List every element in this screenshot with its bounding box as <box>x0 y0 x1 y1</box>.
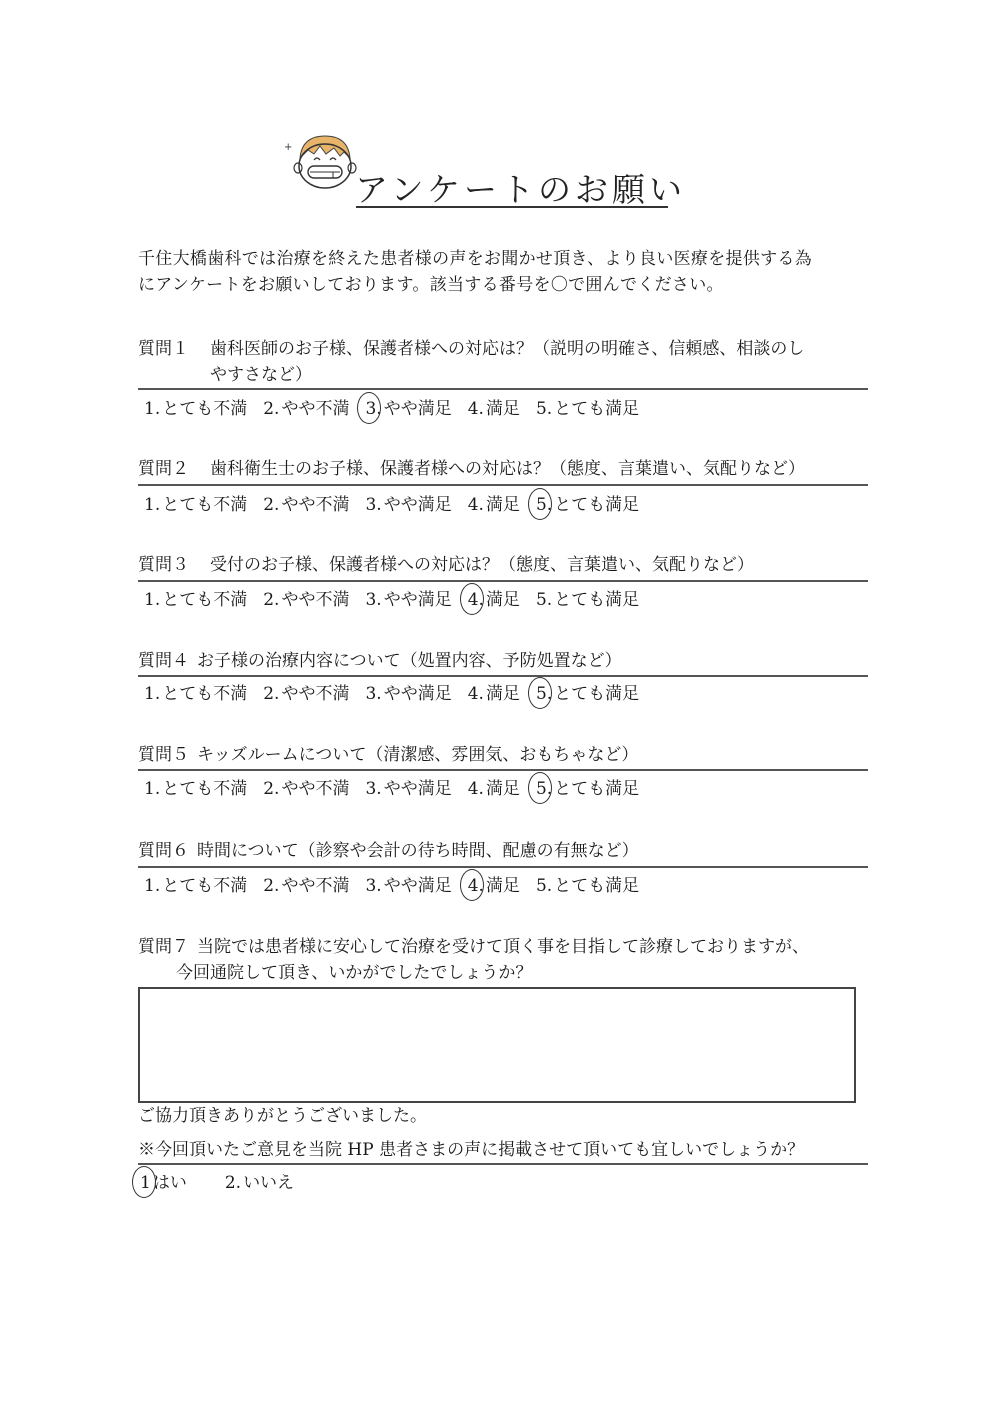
divider <box>138 769 868 771</box>
option-3-selected[interactable]: 3.やや満足 <box>363 396 451 422</box>
question-text: 歯科衛生士のお子様、保護者様への対応は？（態度、言葉遣い、気配りなど） <box>210 459 805 479</box>
divider <box>138 388 868 390</box>
free-text-answer-box[interactable] <box>138 987 856 1103</box>
options-question-6: 1.とても不満 2.やや不満 3.やや満足 4.満足 5.とても満足 <box>142 873 653 899</box>
question-text: 時間について（診察や会計の待ち時間、配慮の有無など） <box>197 841 639 861</box>
question-number: 質問３ <box>138 552 210 578</box>
option-1[interactable]: 1.とても不満 <box>142 396 247 422</box>
question-number: 質問７ <box>138 934 189 960</box>
option-5[interactable]: 5.とても満足 <box>534 873 639 899</box>
intro-line: にアンケートをお願いしております。該当する番号を〇で囲んでください。 <box>138 272 868 298</box>
consent-question: ※今回頂いたご意見を当院 HP 患者さまの声に掲載させて頂いても宜しいでしょうか… <box>138 1137 804 1163</box>
option-5-selected[interactable]: 5.とても満足 <box>534 681 639 707</box>
intro-paragraph: 千住大橋歯科では治療を終えた患者様の声をお聞かせ頂き、より良い医療を提供する為 … <box>138 246 868 298</box>
option-3[interactable]: 3.やや満足 <box>363 492 451 518</box>
question-2: 質問２歯科衛生士のお子様、保護者様への対応は？（態度、言葉遣い、気配りなど） <box>138 456 805 482</box>
option-2[interactable]: 2.やや不満 <box>261 587 349 613</box>
svg-text:+: + <box>284 142 292 153</box>
title-underline <box>356 206 668 208</box>
option-1[interactable]: 1.とても不満 <box>142 776 247 802</box>
question-number: 質問２ <box>138 456 210 482</box>
options-question-2: 1.とても不満 2.やや不満 3.やや満足 4.満足 5.とても満足 <box>142 492 653 518</box>
option-4[interactable]: 4.満足 <box>466 492 520 518</box>
question-text-continuation: やすさなど） <box>138 362 804 388</box>
question-number: 質問５ <box>138 742 189 768</box>
divider <box>138 1163 868 1165</box>
option-4[interactable]: 4.満足 <box>466 396 520 422</box>
option-1[interactable]: 1.とても不満 <box>142 873 247 899</box>
thanks-message: ご協力頂きありがとうございました。 <box>138 1103 427 1129</box>
question-text: 歯科医師のお子様、保護者様への対応は？（説明の明確さ、信頼感、相談のし <box>210 339 804 359</box>
option-4-selected[interactable]: 4.満足 <box>466 873 520 899</box>
question-6: 質問６時間について（診察や会計の待ち時間、配慮の有無など） <box>138 838 639 864</box>
question-7: 質問７当院では患者様に安心して治療を受けて頂く事を目指して診療しておりますが、 … <box>138 934 809 986</box>
option-5-selected[interactable]: 5.とても満足 <box>534 492 639 518</box>
option-3[interactable]: 3.やや満足 <box>363 681 451 707</box>
question-text: 受付のお子様、保護者様への対応は？（態度、言葉遣い、気配りなど） <box>210 555 754 575</box>
option-5[interactable]: 5.とても満足 <box>534 396 639 422</box>
option-1[interactable]: 1.とても不満 <box>142 587 247 613</box>
divider <box>138 484 868 486</box>
question-number: 質問４ <box>138 648 189 674</box>
option-4[interactable]: 4.満足 <box>466 776 520 802</box>
options-question-5: 1.とても不満 2.やや不満 3.やや満足 4.満足 5.とても満足 <box>142 776 653 802</box>
consent-option-yes-selected[interactable]: 1はい <box>138 1170 187 1196</box>
intro-line: 千住大橋歯科では治療を終えた患者様の声をお聞かせ頂き、より良い医療を提供する為 <box>138 246 868 272</box>
question-text: 当院では患者様に安心して治療を受けて頂く事を目指して診療しておりますが、 <box>197 937 809 957</box>
question-3: 質問３受付のお子様、保護者様への対応は？（態度、言葉遣い、気配りなど） <box>138 552 754 578</box>
option-5-selected[interactable]: 5.とても満足 <box>534 776 639 802</box>
options-question-1: 1.とても不満 2.やや不満 3.やや満足 4.満足 5.とても満足 <box>142 396 653 422</box>
question-4: 質問４お子様の治療内容について（処置内容、予防処置など） <box>138 648 622 674</box>
option-2[interactable]: 2.やや不満 <box>261 776 349 802</box>
question-1: 質問１歯科医師のお子様、保護者様への対応は？（説明の明確さ、信頼感、相談のし や… <box>138 336 804 388</box>
question-number: 質問１ <box>138 336 210 362</box>
options-question-4: 1.とても不満 2.やや不満 3.やや満足 4.満足 5.とても満足 <box>142 681 653 707</box>
option-3[interactable]: 3.やや満足 <box>363 776 451 802</box>
question-text: キッズルームについて（清潔感、雰囲気、おもちゃなど） <box>197 745 638 765</box>
page-title: アンケートのお願い <box>355 164 686 211</box>
option-2[interactable]: 2.やや不満 <box>261 681 349 707</box>
option-1[interactable]: 1.とても不満 <box>142 681 247 707</box>
divider <box>138 675 868 677</box>
option-2[interactable]: 2.やや不満 <box>261 396 349 422</box>
divider <box>138 866 868 868</box>
question-text: お子様の治療内容について（処置内容、予防処置など） <box>197 651 622 671</box>
question-text-continuation: 今回通院して頂き、いかがでしたでしょうか？ <box>138 960 809 986</box>
question-5: 質問５キッズルームについて（清潔感、雰囲気、おもちゃなど） <box>138 742 638 768</box>
option-5[interactable]: 5.とても満足 <box>534 587 639 613</box>
consent-options: 1はい 2.いいえ <box>138 1170 330 1196</box>
option-3[interactable]: 3.やや満足 <box>363 873 451 899</box>
divider <box>138 580 868 582</box>
consent-option-no[interactable]: 2.いいえ <box>223 1170 294 1196</box>
option-3[interactable]: 3.やや満足 <box>363 587 451 613</box>
option-2[interactable]: 2.やや不満 <box>261 873 349 899</box>
option-4[interactable]: 4.満足 <box>466 681 520 707</box>
title-block: + アンケートのお願い <box>280 128 680 208</box>
option-1[interactable]: 1.とても不満 <box>142 492 247 518</box>
option-4-selected[interactable]: 4.満足 <box>466 587 520 613</box>
option-2[interactable]: 2.やや不満 <box>261 492 349 518</box>
options-question-3: 1.とても不満 2.やや不満 3.やや満足 4.満足 5.とても満足 <box>142 587 653 613</box>
question-number: 質問６ <box>138 838 189 864</box>
